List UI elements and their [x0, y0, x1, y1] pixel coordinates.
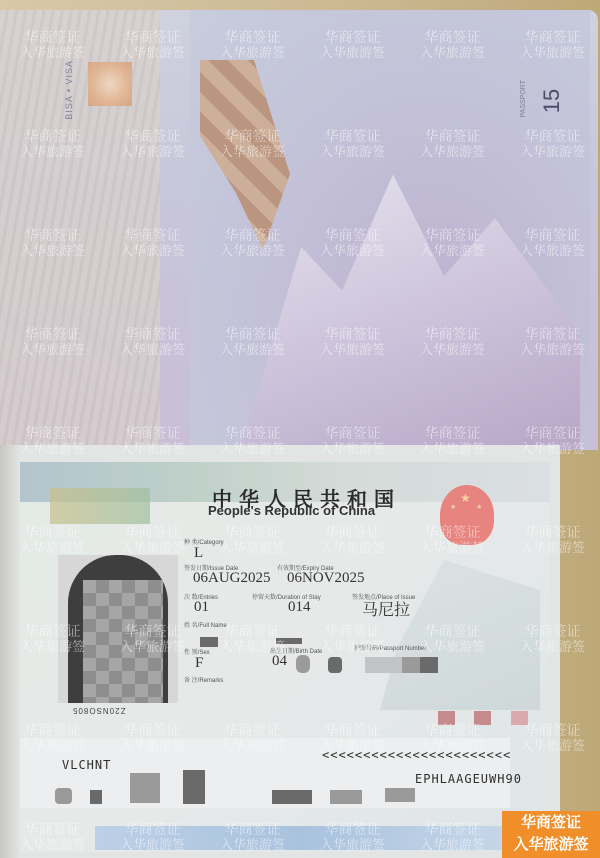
visa-side-label: BISA • VISA	[64, 60, 74, 120]
redacted-birth-date	[328, 657, 342, 673]
redacted-mrz	[90, 790, 102, 804]
birth-date-value: 04	[272, 653, 287, 670]
redacted-mrz	[272, 790, 312, 804]
duration-value: 014	[288, 599, 311, 616]
photo-serial-number: Z20NSO805	[72, 706, 125, 715]
badge-line2: 入华旅游签	[502, 833, 600, 855]
national-emblem-icon: ★ ★ ★	[440, 485, 494, 545]
redacted-name	[200, 637, 218, 647]
redacted-mrz	[330, 790, 362, 804]
mrz-line1-start: VLCHNT	[62, 758, 111, 772]
redacted-passport-number	[365, 657, 405, 673]
remarks-label: 备 注/Remarks	[184, 675, 223, 684]
full-name-label: 姓 名/Full Name	[184, 620, 227, 629]
mrz-line1-fill: <<<<<<<<<<<<<<<<<<<<<<<	[322, 748, 511, 762]
redacted-name	[276, 638, 302, 644]
security-pattern-strip	[0, 10, 160, 450]
passport-number-label: 护照号码/Passport Number	[354, 643, 426, 652]
redacted-mrz	[55, 788, 72, 804]
visa-logo	[50, 488, 150, 524]
page-security-strip	[95, 826, 505, 850]
star-icon: ★	[460, 491, 471, 505]
place-of-issue-value: 马尼拉	[362, 597, 410, 620]
expiry-date-value: 06NOV2025	[287, 570, 365, 587]
star-icon: ★	[450, 503, 456, 511]
redacted-birth-date	[296, 655, 310, 673]
security-mark	[438, 711, 455, 725]
redacted-passport-number	[402, 657, 420, 673]
visa-title-english: People's Republic of China	[208, 503, 375, 518]
issue-date-value: 06AUG2025	[193, 570, 271, 587]
brand-badge: 华商签证 入华旅游签	[502, 811, 600, 858]
sex-value: F	[195, 655, 203, 672]
security-mark	[511, 711, 528, 725]
redacted-passport-number	[420, 657, 438, 673]
hologram-icon	[88, 62, 132, 106]
entries-value: 01	[194, 599, 209, 616]
redacted-mrz	[385, 788, 415, 802]
holder-photo	[58, 555, 178, 703]
category-value: L	[194, 545, 203, 562]
page-number: 15	[539, 89, 565, 113]
redacted-mrz	[183, 770, 205, 804]
star-icon: ★	[476, 503, 482, 511]
passport-side-text: PASSPORT	[520, 80, 527, 117]
photo-redaction-mosaic	[83, 580, 163, 703]
security-mark	[474, 711, 491, 725]
redacted-mrz	[130, 773, 160, 803]
badge-line1: 华商签证	[502, 811, 600, 833]
category-label: 种 类/Category	[184, 537, 224, 546]
mrz-line2-end: EPHLAAGEUWH90	[415, 772, 522, 786]
page-fold-shadow	[0, 445, 20, 858]
